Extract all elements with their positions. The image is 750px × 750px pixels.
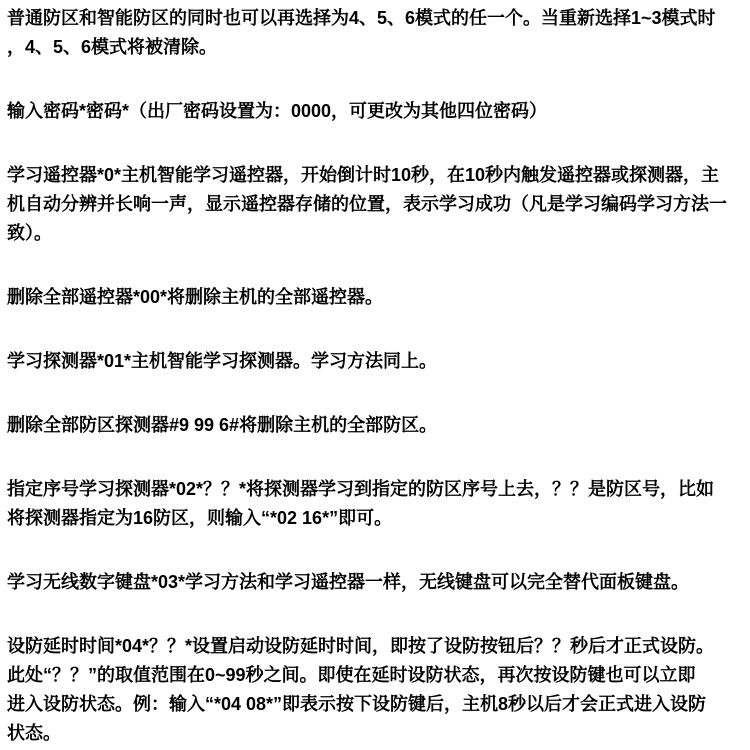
paragraph: 普通防区和智能防区的同时也可以再选择为4、5、6模式的任一个。当重新选择1~3模…	[7, 4, 746, 62]
paragraph: 学习遥控器*0*主机智能学习遥控器，开始倒计时10秒，在10秒内触发遥控器或探测…	[7, 161, 746, 248]
paragraph: 学习无线数字键盘*03*学习方法和学习遥控器一样，无线键盘可以完全替代面板键盘。	[7, 568, 746, 597]
paragraph: 指定序号学习探测器*02*？？*将探测器学习到指定的防区序号上去，？？是防区号，…	[7, 475, 746, 533]
paragraph: 设防延时时间*04*？？*设置启动设防延时时间，即按了设防按钮后？？秒后才正式设…	[7, 632, 746, 748]
paragraph: 删除全部防区探测器#9 99 6#将删除主机的全部防区。	[7, 411, 746, 440]
paragraph: 输入密码*密码*（出厂密码设置为：0000，可更改为其他四位密码）	[7, 97, 746, 126]
paragraph: 学习探测器*01*主机智能学习探测器。学习方法同上。	[7, 347, 746, 376]
paragraph: 删除全部遥控器*00*将删除主机的全部遥控器。	[7, 283, 746, 312]
document-body: 普通防区和智能防区的同时也可以再选择为4、5、6模式的任一个。当重新选择1~3模…	[0, 0, 750, 748]
